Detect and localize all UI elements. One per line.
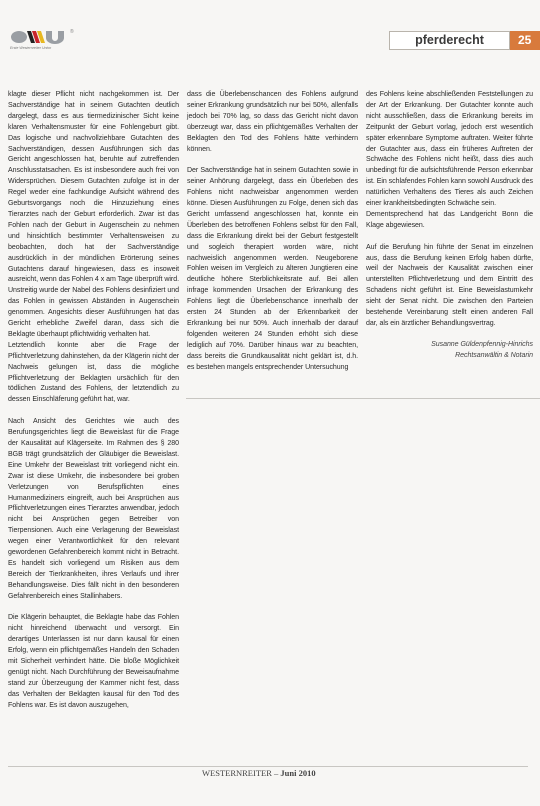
- author-name: Susanne Güldenpfennig-Hinrichs: [431, 341, 533, 348]
- paragraph: Dementsprechend hat das Landgericht Bonn…: [366, 210, 533, 232]
- paragraph: Auf die Berufung hin führte der Senat im…: [366, 243, 533, 330]
- paragraph: dass die Überlebenschancen des Fohlens a…: [187, 90, 358, 155]
- article-column-2: dass die Überlebenschancen des Fohlens a…: [187, 90, 358, 374]
- issue-date: Juni 2010: [280, 768, 315, 778]
- column-divider-rule: [186, 398, 540, 399]
- author-title: Rechtsanwältin & Notarin: [455, 352, 533, 359]
- logo-subtitle: Erste Westernreiter Union: [10, 46, 51, 50]
- registered-mark: ®: [70, 29, 74, 35]
- article-column-1: klagte dieser Pflicht nicht nachgekommen…: [8, 90, 179, 712]
- paragraph: Nach Ansicht des Gerichtes wie auch des …: [8, 417, 179, 602]
- ewu-logo: ® Erste Westernreiter Union: [8, 30, 78, 54]
- author-signature: Susanne Güldenpfennig-Hinrichs Rechtsanw…: [366, 340, 533, 362]
- paragraph: Der Sachverständige hat in seinem Gutach…: [187, 166, 358, 373]
- section-label: pferderecht: [389, 31, 510, 50]
- page-footer: WESTERNREITER – Juni 2010: [202, 768, 316, 778]
- magazine-name: WESTERNREITER: [202, 768, 272, 778]
- footer-rule: [8, 766, 528, 767]
- paragraph: klagte dieser Pflicht nicht nachgekommen…: [8, 90, 179, 341]
- article-column-3: des Fohlens keine abschließenden Festste…: [366, 90, 533, 362]
- ewu-logo-icon: [10, 30, 68, 44]
- page-number: 25: [510, 31, 540, 50]
- paragraph: des Fohlens keine abschließenden Festste…: [366, 90, 533, 210]
- paragraph: Die Klägerin behauptet, die Beklagte hab…: [8, 613, 179, 711]
- paragraph: Letztendlich konnte aber die Frage der P…: [8, 341, 179, 406]
